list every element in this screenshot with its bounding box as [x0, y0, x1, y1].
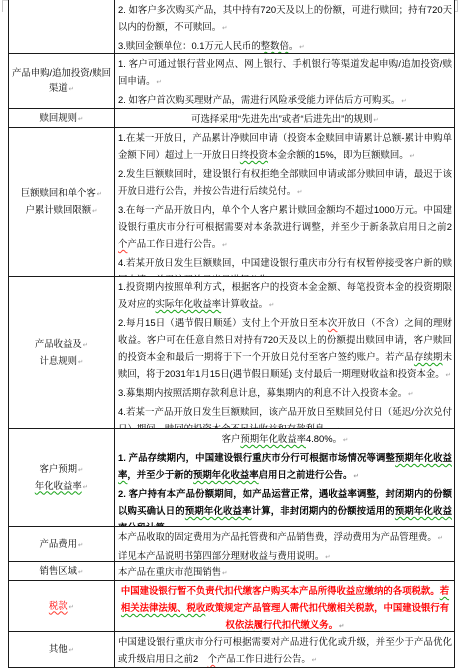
table-row-redemption-rules: 赎回规则可选择采用“先进先出”或者“后进先出”的规则: [9, 109, 454, 128]
text-segment: 详见本产品说明书第四部分理财收益与费用说明。: [118, 550, 324, 561]
row-header-line: 其他: [49, 641, 74, 658]
text-segment: 1. 产品存续期内，中国建设银行重庆市分行可根据市场情况等调整: [118, 452, 395, 463]
paragraph: 详见本产品说明书第四部分理财收益与费用说明。: [118, 547, 452, 561]
row-header-sales-region[interactable]: 销售区域: [9, 562, 115, 580]
text-segment: 2.发生巨额赎回时，建设银行有权拒绝全部赎回申请或部分赎回申请，最迟于该开放日进…: [118, 168, 452, 196]
text-segment: 计算，非封闭期内的份额按适用的: [252, 505, 395, 516]
row-header-income-and-interest-rules[interactable]: 产品收益及计息规则: [9, 277, 115, 428]
row-header-line: 巨额赎回和单个客: [21, 185, 102, 202]
row-content-expected-annualized-return[interactable]: 客户预期年化收益率4.80%。1. 产品存续期内，中国建设银行重庆市分行可根据市…: [115, 429, 454, 526]
paragraph: 本产品收取的固定费用为产品托管费和产品销售费，浮动费用为产品管理费。: [118, 528, 452, 547]
table-row-income-and-interest-rules: 产品收益及计息规则1.投资期内按照单利方式，根据客户的投资本金金额、每笔投资本金…: [9, 277, 454, 429]
text-segment: 整数倍: [261, 40, 289, 51]
row-header-line: 渠道: [49, 80, 74, 97]
row-header-line: 客户预期: [40, 461, 84, 478]
text-segment: ，并至少于新的: [127, 469, 193, 480]
row-header-line: 产品申购/追加投资/赎回: [12, 65, 111, 80]
text-segment: 户累计赎回限额: [25, 204, 91, 215]
text-segment: 实际年化收益率: [156, 298, 222, 309]
paragraph: 客户预期年化收益率4.80%。: [118, 430, 452, 449]
row-content-redemption-rules[interactable]: 可选择采用“先进先出”或者“后进先出”的规则: [115, 109, 454, 127]
table-row-large-redemption-limits: 巨额赎回和单个客户累计赎回限额1.在某一开放日，产品累计净赎回申请（投资本金赎回…: [9, 128, 454, 277]
table-row-purchase-channels: 产品申购/追加投资/赎回渠道1. 客户可通过银行营业网点、网上银行、手机银行等渠…: [9, 54, 454, 109]
paragraph: 1. 产品存续期内，中国建设银行重庆市分行可根据市场情况等调整预期年化收益率，并…: [118, 449, 452, 485]
text-segment: 本金余额的15%，即为巨额赎回。: [268, 149, 409, 160]
text-segment: 启用日之前进行公告。: [259, 469, 353, 480]
text-segment: 3.在每一产品开放日内，单个个人客户累计赎回金额均不超过1000万元。中国建设银…: [118, 204, 454, 232]
row-content-purchase-channels[interactable]: 1. 客户可通过银行营业网点、网上银行、手机银行等渠道发起申购/追加投资/赎回申…: [115, 54, 454, 108]
text-segment: 本产品收取的固定费用为产品托管费和产品销售费，浮动费用为产品管理费。: [118, 531, 437, 542]
table-row-product-fees: 产品费用本产品收取的固定费用为产品托管费和产品销售费，浮动费用为产品管理费。详见…: [9, 527, 454, 562]
row-header-product-fees[interactable]: 产品费用: [9, 527, 115, 561]
row-header-large-redemption-limits[interactable]: 巨额赎回和单个客户累计赎回限额: [9, 128, 115, 276]
row-header-line: 户累计赎回限额: [25, 202, 97, 219]
text-segment: 个: [208, 653, 217, 664]
row-header-line: 产品费用: [40, 536, 84, 553]
product-table: 2. 如客户多次购买产品，其中持有720天及以上的份额，可进行赎回；持有720天…: [8, 0, 455, 668]
row-content-income-and-interest-rules[interactable]: 1.投资期内按照单利方式，根据客户的投资本金金额、每笔投资本金的投资期限及对应的…: [115, 277, 454, 428]
paragraph: 2. 如客户首次购买理财产品，需进行风险承受能力评估后方可购买。: [118, 91, 452, 108]
text-segment: 计息规则: [40, 355, 78, 366]
text-segment: 产品工作日进行公告。: [217, 653, 311, 664]
row-header-purchase-channels[interactable]: 产品申购/追加投资/赎回渠道: [9, 54, 115, 108]
table-row-sales-region: 销售区域本产品在重庆市范围销售: [9, 562, 454, 581]
paragraph: 4.若某开放日发生巨额赎回，中国建设银行重庆市分行有权暂停接受客户新的赎回申请，…: [118, 254, 452, 276]
text-segment: 客户预期: [40, 463, 78, 474]
text-segment: 1. 客户可通过银行营业网点、网上银行、手机银行等渠道发起申购/追加投资/赎回申…: [118, 58, 452, 86]
text-segment: 终投资: [240, 149, 268, 160]
row-header-redemption-terms-continued[interactable]: [9, 0, 115, 53]
paragraph: 2.发生巨额赎回时，建设银行有权拒绝全部赎回申请或部分赎回申请，最迟于该开放日进…: [118, 165, 452, 201]
paragraph: 2. 客户持有本产品份额期间，如产品运营正常，遇收益率调整，封闭期内的份额以购买…: [118, 485, 452, 526]
text-segment: 行代扣代缴义务。: [263, 619, 338, 630]
text-segment: 预期年化收益率: [193, 469, 259, 480]
text-segment: 巨额赎回和单个客: [21, 187, 96, 198]
row-content-redemption-terms-continued[interactable]: 2. 如客户多次购买产品，其中持有720天及以上的份额，可进行赎回；持有720天…: [115, 0, 454, 53]
paragraph: 2. 如客户多次购买产品，其中持有720天及以上的份额，可进行赎回；持有720天…: [118, 1, 452, 37]
paragraph: 可选择采用“先进先出”或者“后进先出”的规则: [118, 110, 452, 127]
text-segment: 。: [289, 40, 298, 51]
row-header-expected-annualized-return[interactable]: 客户预期年化收益率: [9, 429, 115, 526]
text-segment: 4.若某开放日发生巨额赎回，中国建设银行重庆市分行有权暂停接受客户新的赎回申请，…: [118, 257, 452, 276]
row-content-tax[interactable]: 中国建设银行暂不负责代扣代缴客户购买本产品所得收益应缴纳的各项税款。若相关法律法…: [115, 581, 454, 631]
table-row-tax: 税款中国建设银行暂不负责代扣代缴客户购买本产品所得收益应缴纳的各项税款。若相关法…: [9, 581, 454, 632]
paragraph: 4.若某一产品开放日发生巨额赎回，该产品开放日至赎回兑付日（延迟/分次兑付日）期…: [118, 403, 452, 428]
table-row-expected-annualized-return: 客户预期年化收益率客户预期年化收益率4.80%。1. 产品存续期内，中国建设银行…: [9, 429, 454, 527]
row-content-large-redemption-limits[interactable]: 1.在某一开放日，产品累计净赎回申请（投资本金赎回申请累计总额-累计申购单金额下…: [115, 128, 454, 276]
text-segment: 本产品在重庆市范围销售: [118, 566, 221, 577]
text-segment: 次: [328, 317, 338, 328]
row-header-line: 税款: [49, 598, 74, 615]
text-segment: 4.80%。: [306, 433, 342, 444]
row-header-line: 产品收益及: [35, 336, 88, 353]
row-header-tax[interactable]: 税款: [9, 581, 115, 631]
paragraph: 1.在某一开放日，产品累计净赎回申请（投资本金赎回申请累计总额-累计申购单金额下…: [118, 129, 452, 165]
text-segment: 预期年化收益率: [185, 505, 252, 516]
text-segment: 2.每月15日（遇节假日顺延）支付上个开放日至本: [118, 317, 328, 328]
paragraph: 1.投资期内按照单利方式，根据客户的投资本金金额、每笔投资本金的投资期限及对应的…: [118, 278, 452, 314]
text-segment: 3.赎回金额单位：0.1万元人民币的: [118, 40, 261, 51]
row-header-redemption-rules[interactable]: 赎回规则: [9, 109, 115, 127]
paragraph: 中国建设银行暂不负责代扣代缴客户购买本产品所得收益应缴纳的各项税款。若相关法律法…: [118, 582, 452, 631]
paragraph: 2.每月15日（遇节假日顺延）支付上个开放日至本次开放日（不含）之间的理财收益。…: [118, 314, 452, 384]
text-segment: 产品收益及: [35, 338, 82, 349]
row-content-sales-region[interactable]: 本产品在重庆市范围销售: [115, 562, 454, 580]
row-header-line: 赎回规则: [40, 110, 84, 127]
table-row-redemption-terms-continued: 2. 如客户多次购买产品，其中持有720天及以上的份额，可进行赎回；持有720天…: [9, 0, 454, 54]
text-segment: 3.募集期内按照活期存款利息计息，募集期内的利息不计入投资本金。: [118, 387, 407, 398]
text-segment: 其他: [49, 643, 68, 654]
row-header-line: 年化收益率: [35, 478, 88, 495]
text-segment: 中国建设银行暂不负责代扣代缴客户购买本产品所得收益应缴纳的各项税款。: [121, 585, 440, 596]
text-segment: 税款: [49, 600, 68, 611]
paragraph: 3.赎回金额单位：0.1万元人民币的整数倍。: [118, 37, 452, 53]
text-segment: 产品工作日进行公告。: [127, 238, 221, 249]
text-segment: 4.若某一产品开放日发生巨额赎回，该产品开放日至赎回兑付日（延迟/分次兑付日）期…: [118, 406, 452, 428]
paragraph: 3.在每一产品开放日内，单个个人客户累计赎回金额均不超过1000万元。中国建设银…: [118, 201, 452, 254]
text-segment: 2. 如客户首次购买理财产品，需进行风险承受能力评估后方可购买。: [118, 94, 400, 105]
text-segment: 销售区域: [40, 565, 78, 576]
row-header-line: 计息规则: [40, 353, 84, 370]
text-segment: 计算收益。: [221, 298, 268, 309]
row-header-line: 销售区域: [40, 563, 84, 580]
text-segment: 客户: [222, 433, 241, 444]
text-segment: 可选择采用“先进先出”或者“后进先出”的规则: [191, 113, 372, 124]
text-segment: 2. 如客户多次购买产品，其中持有720天及以上的份额，可进行赎回；持有720天…: [118, 4, 452, 32]
row-content-other[interactable]: 中国建设银行重庆市分行可根据需要对产品进行优化或升级，并至少于产品优化或升级启用…: [115, 632, 454, 667]
text-segment: 产品申购/追加投资/赎回: [12, 67, 111, 78]
text-segment: 存续期: [414, 351, 443, 362]
text-segment: 产品费用: [40, 538, 78, 549]
text-segment: 分段计算。: [127, 522, 174, 526]
text-segment: 依法履: [235, 619, 263, 630]
paragraph: 3.募集期内按照活期存款利息计息，募集期内的利息不计入投资本金。: [118, 384, 452, 403]
paragraph: 本产品在重庆市范围销售: [118, 563, 452, 580]
text-segment: 赎回规则: [40, 112, 78, 123]
text-segment: 年化收益率: [35, 480, 82, 491]
row-content-product-fees[interactable]: 本产品收取的固定费用为产品托管费和产品销售费，浮动费用为产品管理费。详见本产品说…: [115, 527, 454, 561]
text-segment: 渠道: [49, 82, 68, 93]
paragraph: 1. 客户可通过银行营业网点、网上银行、手机银行等渠道发起申购/追加投资/赎回申…: [118, 55, 452, 91]
text-segment: 个: [118, 238, 127, 249]
paragraph: 中国建设银行重庆市分行可根据需要对产品进行优化或升级，并至少于产品优化或升级启用…: [118, 633, 452, 667]
table-row-other: 其他中国建设银行重庆市分行可根据需要对产品进行优化或升级，并至少于产品优化或升级…: [9, 632, 454, 667]
text-segment: 预期年化收益率: [240, 433, 306, 444]
row-header-other[interactable]: 其他: [9, 632, 115, 667]
